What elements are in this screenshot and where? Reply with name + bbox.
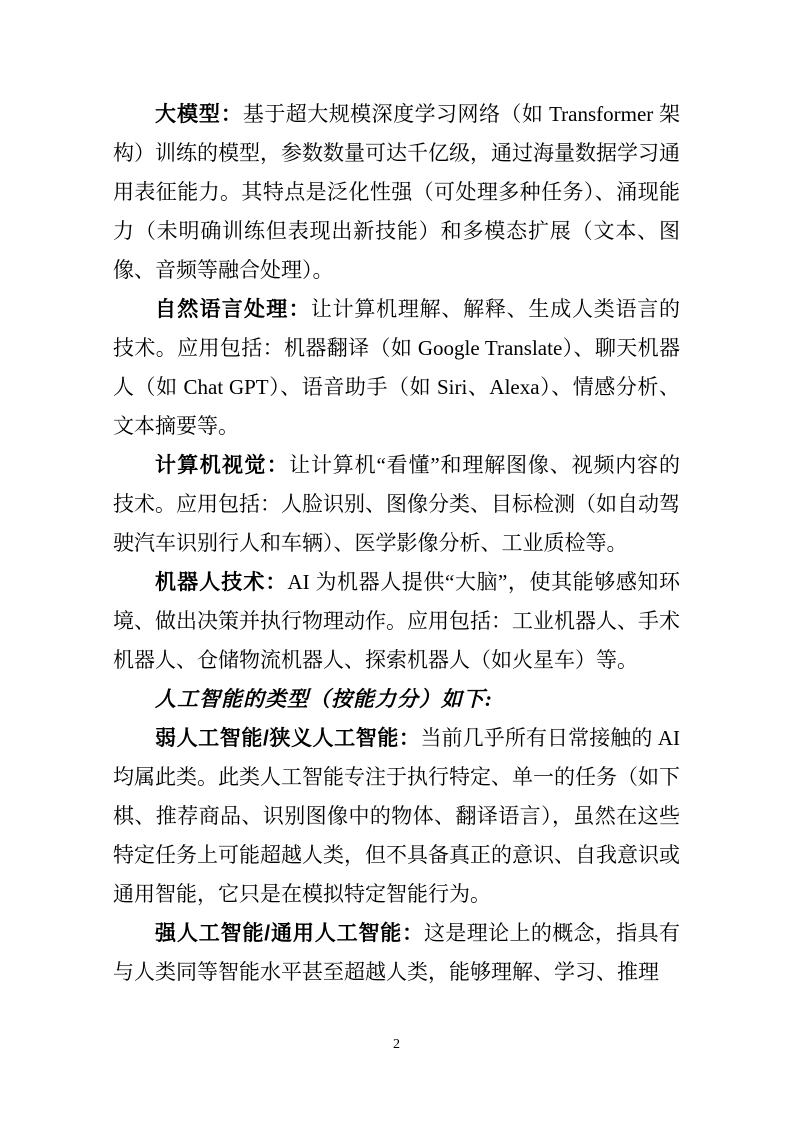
paragraph: 弱人工智能/狭义人工智能：当前几乎所有日常接触的 AI 均属此类。此类人工智能专… <box>113 719 680 914</box>
document-page: 大模型：基于超大规模深度学习网络（如 Transformer 架构）训练的模型，… <box>0 0 793 1122</box>
paragraph: 机器人技术：AI 为机器人提供“大脑”，使其能够感知环境、做出决策并执行物理动作… <box>113 563 680 680</box>
paragraph: 人工智能的类型（按能力分）如下: <box>113 680 680 719</box>
document-content: 大模型：基于超大规模深度学习网络（如 Transformer 架构）训练的模型，… <box>113 95 680 992</box>
paragraph: 大模型：基于超大规模深度学习网络（如 Transformer 架构）训练的模型，… <box>113 95 680 290</box>
paragraph-text: 当前几乎所有日常接触的 AI 均属此类。此类人工智能专注于执行特定、单一的任务（… <box>113 726 680 906</box>
paragraph-lead: 自然语言处理： <box>155 298 311 321</box>
paragraph-text: 人工智能的类型（按能力分）如下: <box>155 687 493 711</box>
paragraph: 强人工智能/通用人工智能：这是理论上的概念，指具有与人类同等智能水平甚至超越人类… <box>113 914 680 992</box>
paragraph-lead: 机器人技术： <box>155 571 287 594</box>
paragraph-lead: 强人工智能/通用人工智能： <box>155 922 424 945</box>
paragraph-text: 基于超大规模深度学习网络（如 Transformer 架构）训练的模型，参数数量… <box>113 102 680 282</box>
paragraph: 自然语言处理：让计算机理解、解释、生成人类语言的技术。应用包括：机器翻译（如 G… <box>113 290 680 446</box>
paragraph-lead: 大模型： <box>155 103 243 126</box>
paragraph: 计算机视觉：让计算机“看懂”和理解图像、视频内容的技术。应用包括：人脸识别、图像… <box>113 446 680 563</box>
paragraph-lead: 计算机视觉： <box>155 454 289 477</box>
paragraph-lead: 弱人工智能/狭义人工智能： <box>155 727 421 750</box>
page-number: 2 <box>113 1035 680 1055</box>
